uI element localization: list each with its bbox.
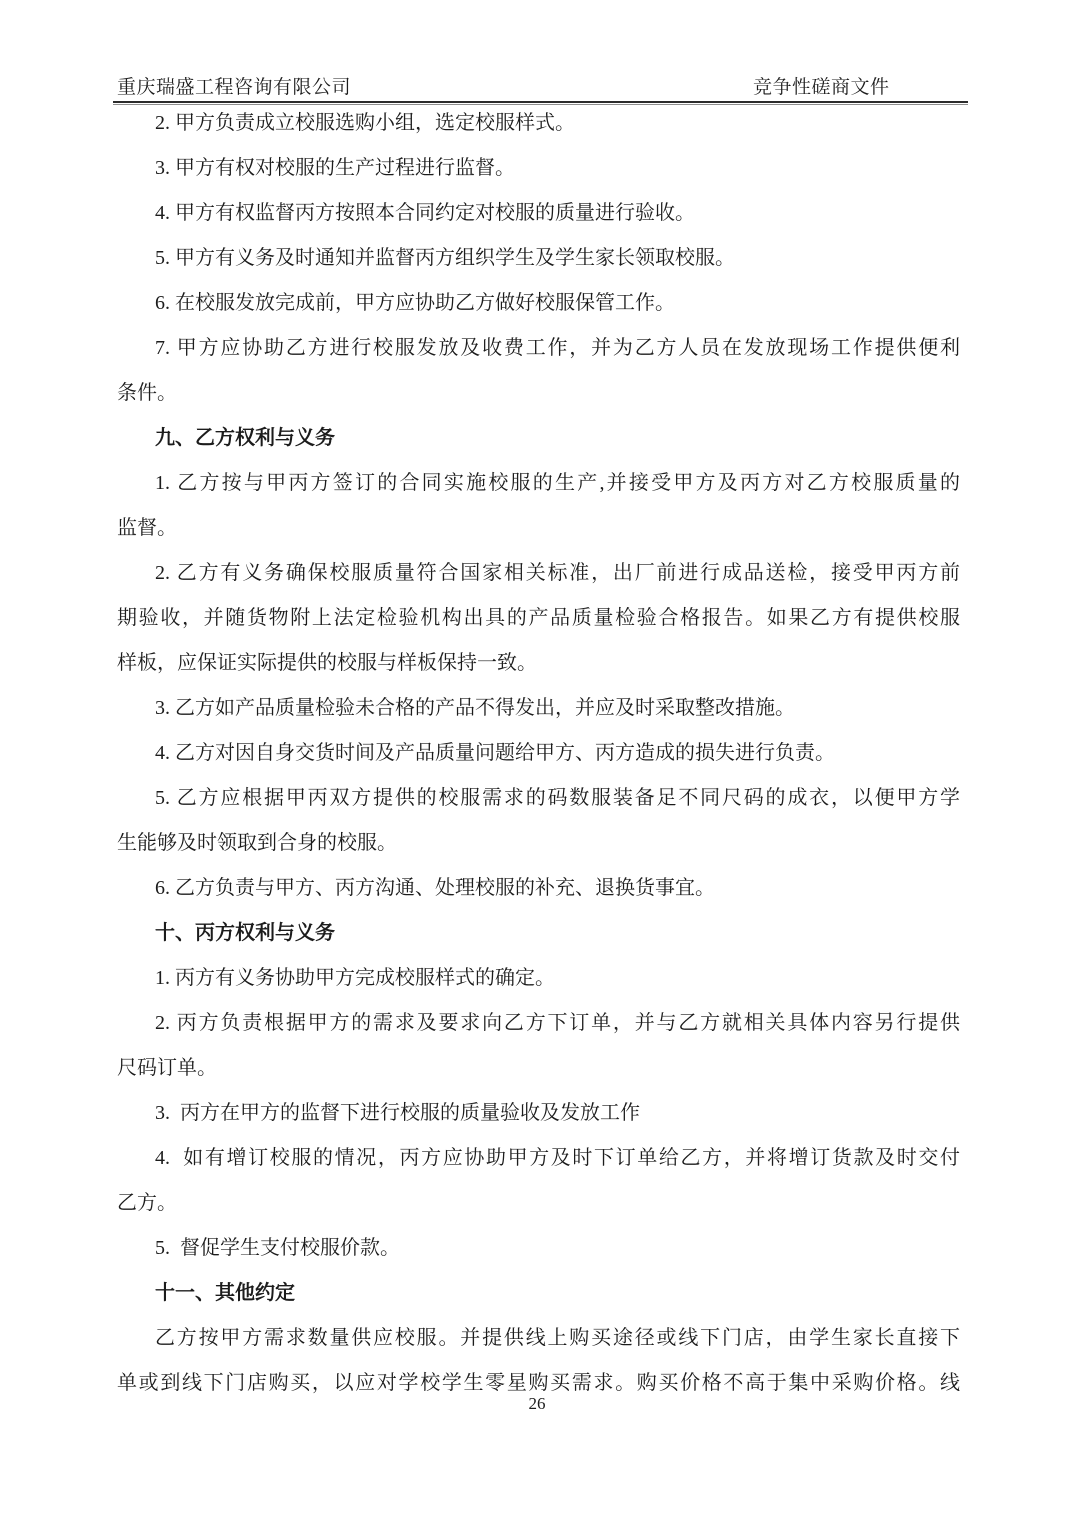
paragraph-line: 2. 乙方有义务确保校服质量符合国家相关标准，出厂前进行成品送检，接受甲丙方前: [117, 551, 960, 596]
paragraph-line: 7. 甲方应协助乙方进行校服发放及收费工作，并为乙方人员在发放现场工作提供便利: [117, 326, 960, 371]
paragraph-line: 3. 甲方有权对校服的生产过程进行监督。: [117, 146, 960, 191]
section: 十、丙方权利与义务: [117, 911, 960, 956]
paragraph-line: 4. 乙方对因自身交货时间及产品质量问题给甲方、丙方造成的损失进行负责。: [117, 731, 960, 776]
paragraph-line: 乙方按甲方需求数量供应校服。并提供线上购买途径或线下门店，由学生家长直接下: [117, 1316, 960, 1361]
document-body: 2. 甲方负责成立校服选购小组，选定校服样式。3. 甲方有权对校服的生产过程进行…: [117, 101, 960, 1406]
paragraph: 3. 丙方在甲方的监督下进行校服的质量验收及发放工作: [117, 1091, 960, 1136]
section: 九、乙方权利与义务: [117, 416, 960, 461]
paragraph-line: 4. 甲方有权监督丙方按照本合同约定对校服的质量进行验收。: [117, 191, 960, 236]
paragraph: 4. 甲方有权监督丙方按照本合同约定对校服的质量进行验收。: [117, 191, 960, 236]
paragraph-line: 2. 甲方负责成立校服选购小组，选定校服样式。: [117, 101, 960, 146]
paragraph: 6. 乙方负责与甲方、丙方沟通、处理校服的补充、退换货事宜。: [117, 866, 960, 911]
paragraph-line: 3. 丙方在甲方的监督下进行校服的质量验收及发放工作: [117, 1091, 960, 1136]
paragraph-line: 5. 甲方有义务及时通知并监督丙方组织学生及学生家长领取校服。: [117, 236, 960, 281]
paragraph-line: 1. 乙方按与甲丙方签订的合同实施校服的生产,并接受甲方及丙方对乙方校服质量的: [117, 461, 960, 506]
paragraph: 4. 乙方对因自身交货时间及产品质量问题给甲方、丙方造成的损失进行负责。: [117, 731, 960, 776]
paragraph-line: 乙方。: [117, 1181, 960, 1226]
paragraph: 5. 甲方有义务及时通知并监督丙方组织学生及学生家长领取校服。: [117, 236, 960, 281]
paragraph: 2. 甲方负责成立校服选购小组，选定校服样式。: [117, 101, 960, 146]
paragraph-line: 条件。: [117, 371, 960, 416]
paragraph-line: 尺码订单。: [117, 1046, 960, 1091]
paragraph-line: 1. 丙方有义务协助甲方完成校服样式的确定。: [117, 956, 960, 1001]
paragraph-line: 生能够及时领取到合身的校服。: [117, 821, 960, 866]
paragraph-line: 6. 在校服发放完成前，甲方应协助乙方做好校服保管工作。: [117, 281, 960, 326]
paragraph: 2. 丙方负责根据甲方的需求及要求向乙方下订单，并与乙方就相关具体内容另行提供尺…: [117, 1001, 960, 1091]
paragraph: 1. 丙方有义务协助甲方完成校服样式的确定。: [117, 956, 960, 1001]
paragraph: 乙方按甲方需求数量供应校服。并提供线上购买途径或线下门店，由学生家长直接下单或到…: [117, 1316, 960, 1406]
header-company-name: 重庆瑞盛工程咨询有限公司: [117, 72, 351, 99]
header-doc-type: 竞争性磋商文件: [753, 72, 890, 99]
paragraph-line: 4. 如有增订校服的情况，丙方应协助甲方及时下订单给乙方，并将增订货款及时交付: [117, 1136, 960, 1181]
paragraph-line: 3. 乙方如产品质量检验未合格的产品不得发出，并应及时采取整改措施。: [117, 686, 960, 731]
section-heading: 十、丙方权利与义务: [117, 911, 960, 956]
section-heading: 九、乙方权利与义务: [117, 416, 960, 461]
paragraph-line: 6. 乙方负责与甲方、丙方沟通、处理校服的补充、退换货事宜。: [117, 866, 960, 911]
paragraph: 4. 如有增订校服的情况，丙方应协助甲方及时下订单给乙方，并将增订货款及时交付乙…: [117, 1136, 960, 1226]
paragraph-line: 5. 督促学生支付校服价款。: [117, 1226, 960, 1271]
paragraph: 6. 在校服发放完成前，甲方应协助乙方做好校服保管工作。: [117, 281, 960, 326]
paragraph: 1. 乙方按与甲丙方签订的合同实施校服的生产,并接受甲方及丙方对乙方校服质量的监…: [117, 461, 960, 551]
paragraph-line: 监督。: [117, 506, 960, 551]
page-number: 26: [529, 1394, 546, 1413]
section: 十一、其他约定: [117, 1271, 960, 1316]
paragraph: 5. 乙方应根据甲丙双方提供的校服需求的码数服装备足不同尺码的成衣，以便甲方学生…: [117, 776, 960, 866]
section-heading: 十一、其他约定: [117, 1271, 960, 1316]
page-footer: 26: [0, 1394, 1074, 1414]
paragraph-line: 2. 丙方负责根据甲方的需求及要求向乙方下订单，并与乙方就相关具体内容另行提供: [117, 1001, 960, 1046]
paragraph: 3. 甲方有权对校服的生产过程进行监督。: [117, 146, 960, 191]
paragraph-line: 样板，应保证实际提供的校服与样板保持一致。: [117, 641, 960, 686]
paragraph-line: 期验收，并随货物附上法定检验机构出具的产品质量检验合格报告。如果乙方有提供校服: [117, 596, 960, 641]
paragraph: 5. 督促学生支付校服价款。: [117, 1226, 960, 1271]
paragraph: 3. 乙方如产品质量检验未合格的产品不得发出，并应及时采取整改措施。: [117, 686, 960, 731]
paragraph: 7. 甲方应协助乙方进行校服发放及收费工作，并为乙方人员在发放现场工作提供便利条…: [117, 326, 960, 416]
paragraph: 2. 乙方有义务确保校服质量符合国家相关标准，出厂前进行成品送检，接受甲丙方前期…: [117, 551, 960, 686]
paragraph-line: 5. 乙方应根据甲丙双方提供的校服需求的码数服装备足不同尺码的成衣，以便甲方学: [117, 776, 960, 821]
document-page: 重庆瑞盛工程咨询有限公司 竞争性磋商文件 2. 甲方负责成立校服选购小组，选定校…: [0, 0, 1074, 1520]
